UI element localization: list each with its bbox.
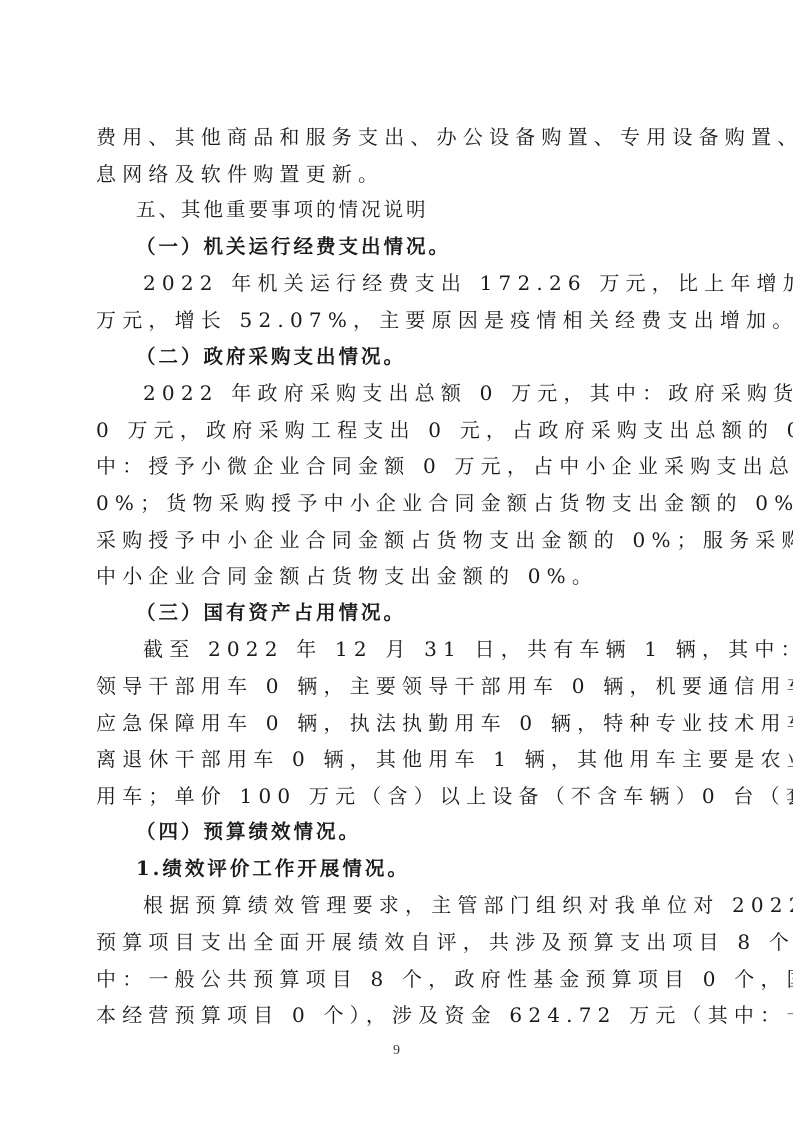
paragraph-line: 领导干部用车 0 辆，主要领导干部用车 0 辆，机要通信用车 0 辆， (96, 668, 698, 705)
subsection-heading: （一）机关运行经费支出情况。 (96, 229, 698, 266)
paragraph-line: 中：一般公共预算项目 8 个，政府性基金预算项目 0 个，国有资 (96, 961, 698, 998)
paragraph-line: 预算项目支出全面开展绩效自评，共涉及预算支出项目 8 个（其 (96, 924, 698, 961)
paragraph-line: 用车；单价 100 万元（含）以上设备（不含车辆）0 台（套）。 (96, 778, 698, 815)
paragraph-line: 息网络及软件购置更新。 (96, 156, 698, 193)
paragraph-line: 中：授予小微企业合同金额 0 万元，占中小企业采购支出总额的 (96, 448, 698, 485)
paragraph-line: 2022 年机关运行经费支出 172.26 万元，比上年增加 58.98 (96, 265, 698, 302)
paragraph-line: 根据预算绩效管理要求，主管部门组织对我单位对 2022 年度 (96, 887, 698, 924)
paragraph-line: 0%；货物采购授予中小企业合同金额占货物支出金额的 0%；工程 (96, 485, 698, 522)
paragraph-line: 应急保障用车 0 辆，执法执勤用车 0 辆，特种专业技术用车 0 辆， (96, 705, 698, 742)
paragraph-line: 离退休干部用车 0 辆，其他用车 1 辆，其他用车主要是农业技术 (96, 741, 698, 778)
document-page: 费用、其他商品和服务支出、办公设备购置、专用设备购置、信 息网络及软件购置更新。… (0, 0, 793, 1122)
subsection-heading: （四）预算绩效情况。 (96, 814, 698, 851)
page-number: 9 (0, 1043, 793, 1059)
paragraph-line: 费用、其他商品和服务支出、办公设备购置、专用设备购置、信 (96, 119, 698, 156)
subsection-heading: （二）政府采购支出情况。 (96, 339, 698, 376)
document-body: 费用、其他商品和服务支出、办公设备购置、专用设备购置、信 息网络及软件购置更新。… (96, 119, 698, 1034)
paragraph-line: 2022 年政府采购支出总额 0 万元，其中：政府采购货物支出 (96, 375, 698, 412)
paragraph-line: 本经营预算项目 0 个），涉及资金 624.72 万元（其中：一般公共 (96, 997, 698, 1034)
paragraph-line: 截至 2022 年 12 月 31 日，共有车辆 1 辆，其中：副省级以上 (96, 631, 698, 668)
subsection-heading: （三）国有资产占用情况。 (96, 595, 698, 632)
paragraph-line: 万元，增长 52.07%，主要原因是疫情相关经费支出增加。 (96, 302, 698, 339)
sub-subsection-heading: 1.绩效评价工作开展情况。 (96, 851, 698, 888)
paragraph-line: 中小企业合同金额占货物支出金额的 0%。 (96, 558, 698, 595)
paragraph-line: 0 万元，政府采购工程支出 0 元，占政府采购支出总额的 0%，其 (96, 412, 698, 449)
paragraph-line: 采购授予中小企业合同金额占货物支出金额的 0%；服务采购授予 (96, 522, 698, 559)
section-heading: 五、其他重要事项的情况说明 (96, 192, 698, 229)
